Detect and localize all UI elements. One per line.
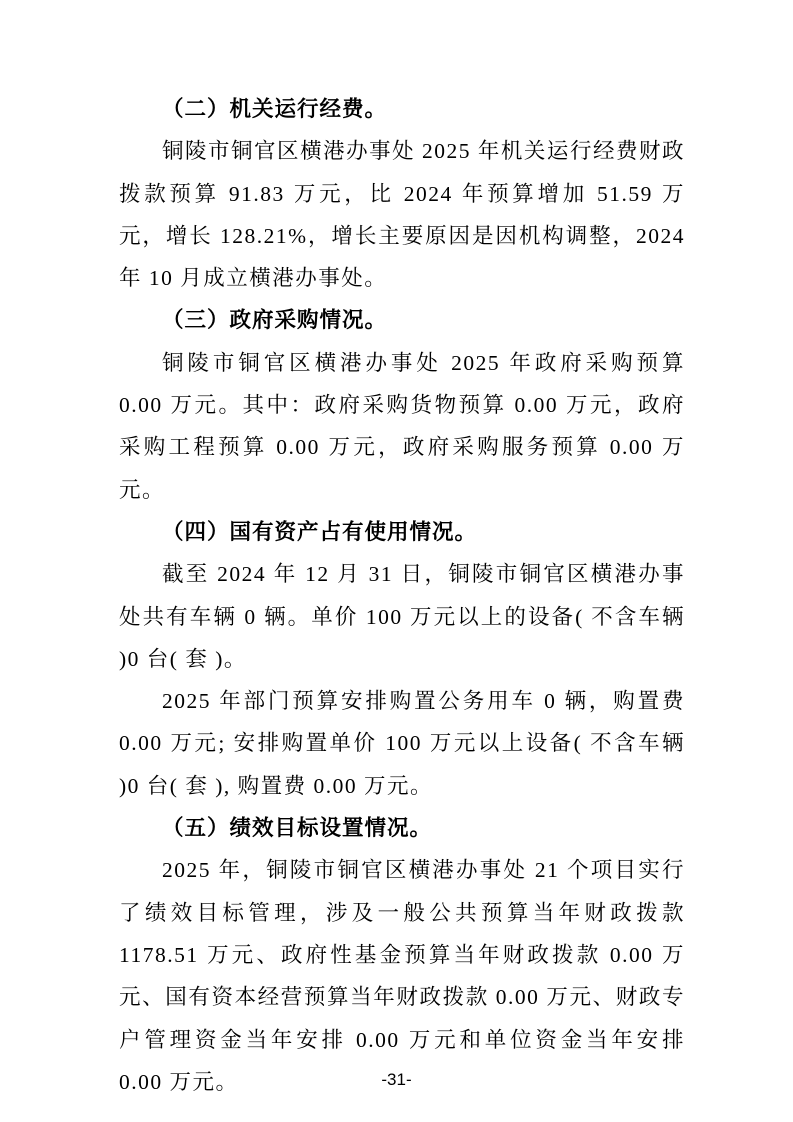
section-state-assets: （四）国有资产占有使用情况。 截至 2024 年 12 月 31 日，铜陵市铜官… — [119, 511, 685, 807]
section-heading: （四）国有资产占有使用情况。 — [119, 511, 685, 553]
section-heading: （二）机关运行经费。 — [119, 88, 685, 130]
section-heading: （五）绩效目标设置情况。 — [119, 807, 685, 849]
paragraph: 2025 年，铜陵市铜官区横港办事处 21 个项目实行了绩效目标管理，涉及一般公… — [119, 849, 685, 1103]
document-content: （二）机关运行经费。 铜陵市铜官区横港办事处 2025 年机关运行经费财政拨款预… — [119, 88, 685, 1103]
document-page: （二）机关运行经费。 铜陵市铜官区横港办事处 2025 年机关运行经费财政拨款预… — [0, 0, 793, 1122]
paragraph: 截至 2024 年 12 月 31 日，铜陵市铜官区横港办事处共有车辆 0 辆。… — [119, 553, 685, 680]
page-number: -31- — [0, 1070, 793, 1090]
section-operating-expenses: （二）机关运行经费。 铜陵市铜官区横港办事处 2025 年机关运行经费财政拨款预… — [119, 88, 685, 299]
paragraph: 2025 年部门预算安排购置公务用车 0 辆，购置费 0.00 万元; 安排购置… — [119, 680, 685, 807]
paragraph: 铜陵市铜官区横港办事处 2025 年政府采购预算 0.00 万元。其中：政府采购… — [119, 342, 685, 511]
section-government-procurement: （三）政府采购情况。 铜陵市铜官区横港办事处 2025 年政府采购预算 0.00… — [119, 299, 685, 510]
paragraph: 铜陵市铜官区横港办事处 2025 年机关运行经费财政拨款预算 91.83 万元，… — [119, 130, 685, 299]
section-heading: （三）政府采购情况。 — [119, 299, 685, 341]
section-performance-targets: （五）绩效目标设置情况。 2025 年，铜陵市铜官区横港办事处 21 个项目实行… — [119, 807, 685, 1103]
